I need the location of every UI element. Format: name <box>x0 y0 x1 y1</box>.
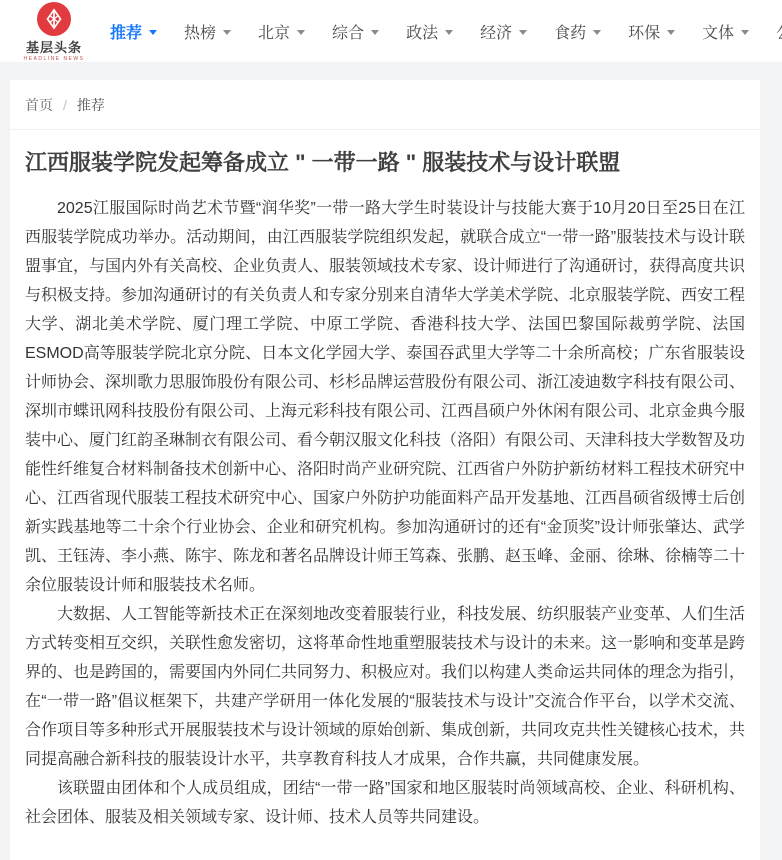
chevron-down-icon <box>667 30 675 35</box>
nav-item-经济[interactable]: 经济 <box>480 20 527 43</box>
chevron-down-icon <box>445 30 453 35</box>
nav-item-热榜[interactable]: 热榜 <box>184 20 231 43</box>
nav-item-label: 北京 <box>258 20 290 43</box>
article-paragraph: 大数据、人工智能等新技术正在深刻地改变着服装行业，科技发展、纺织服装产业变革、人… <box>25 600 745 774</box>
chevron-down-icon <box>593 30 601 35</box>
chevron-down-icon <box>223 30 231 35</box>
article-title: 江西服装学院发起筹备成立 " 一带一路 " 服装技术与设计联盟 <box>25 148 745 178</box>
brand-emblem-icon <box>37 2 71 36</box>
content-card: 首页 / 推荐 江西服装学院发起筹备成立 " 一带一路 " 服装技术与设计联盟 … <box>10 80 760 860</box>
article-body: 2025江服国际时尚艺术节暨“润华奖”一带一路大学生时装设计与技能大赛于10月2… <box>25 194 745 832</box>
nav-item-label: 食药 <box>554 20 586 43</box>
nav-item-label: 公益 <box>776 20 782 43</box>
breadcrumb-current: 推荐 <box>77 95 105 115</box>
nav-item-环保[interactable]: 环保 <box>628 20 675 43</box>
nav-item-政法[interactable]: 政法 <box>406 20 453 43</box>
nav-item-北京[interactable]: 北京 <box>258 20 305 43</box>
chevron-down-icon <box>741 30 749 35</box>
chevron-down-icon <box>149 30 157 35</box>
nav-item-综合[interactable]: 综合 <box>332 20 379 43</box>
chevron-down-icon <box>519 30 527 35</box>
article: 江西服装学院发起筹备成立 " 一带一路 " 服装技术与设计联盟 2025江服国际… <box>10 130 760 856</box>
nav-item-label: 热榜 <box>184 20 216 43</box>
breadcrumb-home-link[interactable]: 首页 <box>25 95 53 115</box>
nav-item-label: 经济 <box>480 20 512 43</box>
nav-item-label: 推荐 <box>110 20 142 43</box>
chevron-down-icon <box>297 30 305 35</box>
nav-item-label: 综合 <box>332 20 364 43</box>
brand-subtitle: HEADLINE NEWS <box>24 56 85 62</box>
site-header: 基层头条 HEADLINE NEWS 推荐热榜北京综合政法经济食药环保文体公益 <box>0 0 782 62</box>
nav-item-公益[interactable]: 公益 <box>776 20 782 43</box>
breadcrumb-separator: / <box>63 97 67 113</box>
nav-item-文体[interactable]: 文体 <box>702 20 749 43</box>
nav-item-label: 政法 <box>406 20 438 43</box>
chevron-down-icon <box>371 30 379 35</box>
breadcrumb: 首页 / 推荐 <box>10 80 760 130</box>
nav-item-label: 环保 <box>628 20 660 43</box>
nav-item-食药[interactable]: 食药 <box>554 20 601 43</box>
brand-name: 基层头条 <box>26 37 82 56</box>
article-paragraph: 该联盟由团体和个人成员组成，团结“一带一路”国家和地区服装时尚领域高校、企业、科… <box>25 774 745 832</box>
nav-item-推荐[interactable]: 推荐 <box>110 20 157 43</box>
main-nav: 推荐热榜北京综合政法经济食药环保文体公益 <box>110 20 782 43</box>
site-logo[interactable]: 基层头条 HEADLINE NEWS <box>25 2 83 62</box>
nav-item-label: 文体 <box>702 20 734 43</box>
article-paragraph: 2025江服国际时尚艺术节暨“润华奖”一带一路大学生时装设计与技能大赛于10月2… <box>25 194 745 600</box>
